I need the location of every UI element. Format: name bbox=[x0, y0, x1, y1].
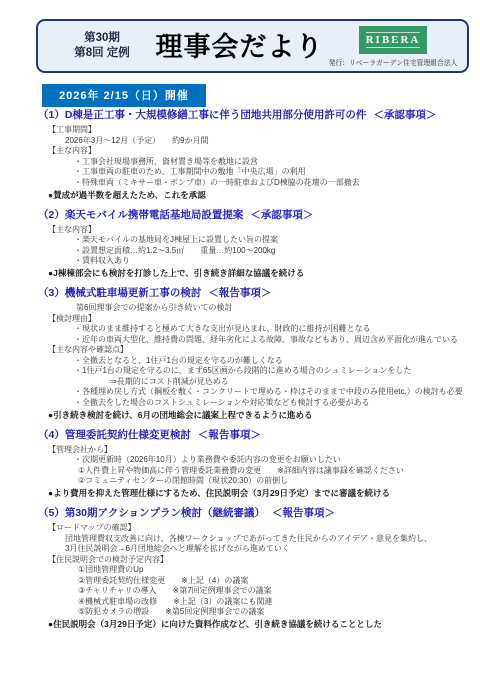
section-line: 【主な内容や確認点】 bbox=[48, 345, 466, 356]
header: 第30期 第8回 定例 理事会だより RIBERA 発行：リベーラガーデン住宅管… bbox=[36, 19, 469, 73]
section-line: ・全撤去となると、1住戸1台の規定を守るのが難しくなる bbox=[74, 356, 466, 367]
term-block: 第30期 第8回 定例 bbox=[54, 31, 150, 61]
section-line: ・1住戸1台の規定を守るのに、まず65区画から段階的に進める場合のシュミレーショ… bbox=[74, 366, 466, 377]
section-line: ③チャリチャリの導入 ※第7回定例理事会での議案 bbox=[78, 586, 466, 597]
section-line: ・設置想定面積…約1.2～3.5㎡ 重量…約100～200kg bbox=[74, 246, 466, 257]
section-line: ④機械式駐車場の改修 ※上記（3）の議案にも関連 bbox=[78, 597, 466, 608]
section-title-text: D棟是正工事・大規模修繕工事に伴う団地共用部分使用許可の件 bbox=[65, 109, 367, 121]
agenda-section: （3）機械式駐車場更新工事の検討＜報告事項＞ 第6回理事会での提案から引き続いて… bbox=[38, 286, 466, 421]
section-line: 【工事期間】 bbox=[48, 125, 466, 136]
section-line: ●住民説明会（3月29日予定）に向けた資料作成など、引き続き協議を続けることとし… bbox=[48, 619, 466, 630]
header-right: RIBERA 発行：リベーラガーデン住宅管理組合法人 bbox=[329, 26, 457, 67]
section-line: ●引き続き検討を続け、6月の団地総会に議案上程できるように進める bbox=[48, 410, 466, 421]
section-title-text: 機械式駐車場更新工事の検討 bbox=[65, 287, 202, 299]
meeting-date-banner: 2026年 2/15（日）開催 bbox=[42, 84, 206, 107]
section-line: ・各種埋め戻し方式（鋼板を敷く・コンクリートで埋める・枠はそのままで中段のみ使用… bbox=[74, 387, 466, 398]
section-body: 【主な内容】 ・楽天モバイルの基地局をJ棟屋上に設置したい旨の提案 ・設置想定面… bbox=[38, 225, 466, 280]
publisher-line: 発行：リベーラガーデン住宅管理組合法人 bbox=[329, 57, 458, 67]
section-line: ●賛成が過半数を超えたため、これを承認 bbox=[48, 190, 466, 201]
section-line: ①人件費上昇や物価高に伴う管理委託業務費の変更 ※詳細内容は議事録を確認ください bbox=[78, 466, 466, 477]
section-number: （2） bbox=[38, 209, 65, 221]
section-line: ・現状のまま維持すると極めて大きな支出が見込まれ、財政的に維持が困難となる bbox=[74, 324, 466, 335]
section-line: 団地管理費収支改善に向け、各棟ワークショップであがってきた住民からのアイデア・意… bbox=[65, 534, 466, 545]
section-line: ・次期更新時（2026年10月）より業務費や委託内容の変更をお願いしたい bbox=[74, 455, 466, 466]
section-title: （1）D棟是正工事・大規模修繕工事に伴う団地共用部分使用許可の件＜承認事項＞ bbox=[38, 108, 466, 123]
section-body: 【ロードマップの確認】 団地管理費収支改善に向け、各棟ワークショップであがってき… bbox=[38, 523, 466, 630]
section-status-tag: ＜報告事項＞ bbox=[208, 287, 271, 299]
section-line: ●J棟棟部会にも検討を打診した上で、引き続き詳細な協議を続ける bbox=[48, 268, 466, 279]
section-status-tag: ＜報告事項＞ bbox=[272, 507, 335, 519]
section-status-tag: ＜承認事項＞ bbox=[250, 209, 313, 221]
section-title: （4）管理委託契約仕様変更検討＜報告事項＞ bbox=[38, 428, 466, 443]
section-line: 2026年3月～12月（予定） 約9か月間 bbox=[65, 136, 466, 147]
agenda-section: （5）第30期アクションプラン検討（継続審議）＜報告事項＞ 【ロードマップの確認… bbox=[38, 506, 466, 630]
section-line: ・特殊車両（ミキサー車・ポンプ車）の一時駐車およびD棟脇の花壇の一部撤去 bbox=[74, 178, 466, 189]
section-line: ・楽天モバイルの基地局をJ棟屋上に設置したい旨の提案 bbox=[74, 235, 466, 246]
section-line: 【住民説明会での検討予定内容】 bbox=[48, 555, 466, 566]
section-line: 【主な内容】 bbox=[48, 146, 466, 157]
section-title: （5）第30期アクションプラン検討（継続審議）＜報告事項＞ bbox=[38, 506, 466, 521]
section-line: 【ロードマップの確認】 bbox=[48, 523, 466, 534]
section-line: ・全撤去をした場合のコストシュミレーションや対応策なども検討する必要がある bbox=[74, 398, 466, 409]
agenda-section: （1）D棟是正工事・大規模修繕工事に伴う団地共用部分使用許可の件＜承認事項＞ 【… bbox=[38, 108, 466, 201]
section-line: 【検討理由】 bbox=[48, 314, 466, 325]
section-line: ⑤防犯カメラの増設 ※第5回定例理事会での議案 bbox=[78, 607, 466, 618]
ribera-logo-text: RIBERA bbox=[366, 32, 421, 48]
section-line: ⇒長期的にコスト削減が見込める bbox=[110, 377, 466, 388]
section-line: ①団地管理費のUp bbox=[78, 565, 466, 576]
session-label: 第8回 定例 bbox=[54, 46, 150, 61]
section-line: ・工事会社現場事務所、資材置き場等を敷地に設営 bbox=[74, 157, 466, 168]
term-label: 第30期 bbox=[54, 31, 150, 46]
section-line: ・工事車両の駐車のため、工事期間中の敷地「中央広場」の利用 bbox=[74, 167, 466, 178]
section-line: 第6回理事会での提案から引き続いての検討 bbox=[76, 303, 466, 314]
section-title: （2）楽天モバイル携帯電話基地局設置提案＜承認事項＞ bbox=[38, 208, 466, 223]
section-line: ・近年の車両大型化、維持費の問題、経年劣化による故障、事故などもあり、周辺含め平… bbox=[74, 335, 466, 346]
section-line: ②コミュニティセンターの閉館時間（現状20:30）の前倒し bbox=[78, 476, 466, 487]
agenda-section: （2）楽天モバイル携帯電話基地局設置提案＜承認事項＞ 【主な内容】 ・楽天モバイ… bbox=[38, 208, 466, 280]
section-line: 【主な内容】 bbox=[48, 225, 466, 236]
section-number: （1） bbox=[38, 109, 65, 121]
section-status-tag: ＜報告事項＞ bbox=[198, 429, 261, 441]
section-line: ●より費用を抑えた管理仕様にするため、住民説明会（3月29日予定）までに審議を続… bbox=[48, 488, 466, 499]
section-line: ②管理委託契約仕様変更 ※上記（4）の議案 bbox=[78, 576, 466, 587]
section-body: 第6回理事会での提案から引き続いての検討 【検討理由】 ・現状のまま維持すると極… bbox=[38, 303, 466, 421]
section-body: 【管理会社から】 ・次期更新時（2026年10月）より業務費や委託内容の変更をお… bbox=[38, 445, 466, 500]
section-line: ・賃料収入あり bbox=[74, 256, 466, 267]
section-title: （3）機械式駐車場更新工事の検討＜報告事項＞ bbox=[38, 286, 466, 301]
section-line: 3月住民説明会→6月団地総会へと理解を拡げながら進めていく bbox=[65, 544, 466, 555]
section-line: 【管理会社から】 bbox=[48, 445, 466, 456]
agenda-section: （4）管理委託契約仕様変更検討＜報告事項＞ 【管理会社から】 ・次期更新時（20… bbox=[38, 428, 466, 500]
section-status-tag: ＜承認事項＞ bbox=[373, 109, 436, 121]
section-number: （5） bbox=[38, 507, 65, 519]
newsletter-page: 第30期 第8回 定例 理事会だより RIBERA 発行：リベーラガーデン住宅管… bbox=[0, 0, 480, 679]
section-title-text: 第30期アクションプラン検討（継続審議） bbox=[65, 507, 265, 519]
ribera-logo: RIBERA bbox=[359, 26, 427, 54]
section-number: （3） bbox=[38, 287, 65, 299]
agenda-sections: （1）D棟是正工事・大規模修繕工事に伴う団地共用部分使用許可の件＜承認事項＞ 【… bbox=[38, 108, 466, 637]
section-number: （4） bbox=[38, 429, 65, 441]
page-title: 理事会だより bbox=[150, 25, 329, 64]
section-body: 【工事期間】 2026年3月～12月（予定） 約9か月間 【主な内容】 ・工事会… bbox=[38, 125, 466, 201]
section-title-text: 管理委託契約仕様変更検討 bbox=[65, 429, 191, 441]
section-title-text: 楽天モバイル携帯電話基地局設置提案 bbox=[65, 209, 244, 221]
